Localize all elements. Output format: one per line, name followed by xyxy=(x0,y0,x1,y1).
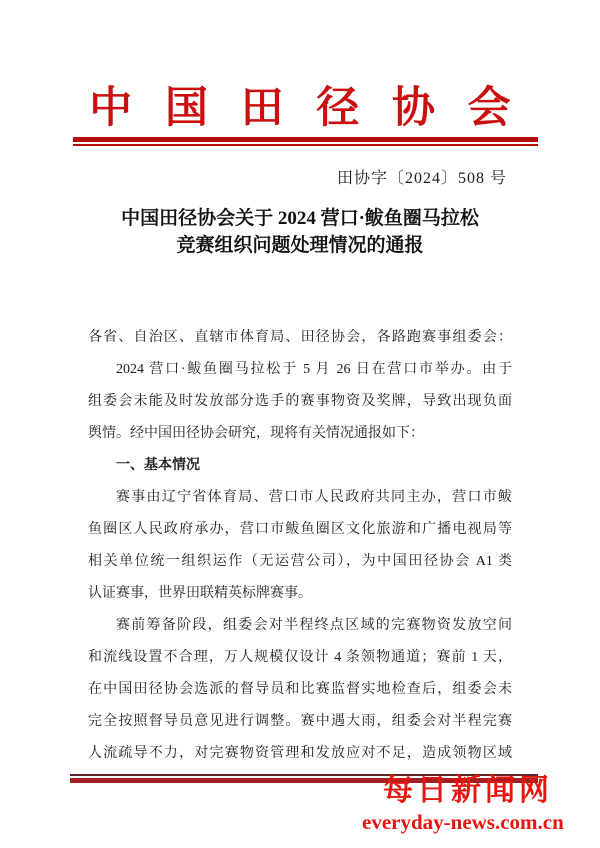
document-line: 认证赛事，世界田联精英标牌赛事。 xyxy=(88,578,512,610)
document-line: 在中国田径协会选派的督导员和比赛监督实地检查后，组委会未 xyxy=(88,674,512,706)
notice-title-line1: 中国田径协会关于 2024 营口·鲅鱼圈马拉松 xyxy=(0,205,600,232)
doc-number: 田协字〔2024〕508 号 xyxy=(337,165,507,188)
document-line: 舆情。经中国田径协会研究，现将有关情况通报如下： xyxy=(88,418,512,450)
watermark-site-name: 每日新闻网 xyxy=(383,776,553,806)
document-body: 各省、自治区、直辖市体育局、田径协会，各路跑赛事组委会： 2024 营口·鲅鱼圈… xyxy=(88,322,512,770)
document-line: 完全按照督导员意见进行调整。赛中遇大雨，组委会对半程完赛 xyxy=(88,706,512,738)
notice-title-line2: 竞赛组织问题处理情况的通报 xyxy=(0,232,600,259)
document-line: 相关单位统一组织运作（无运营公司），为中国田径协会 A1 类 xyxy=(88,546,512,578)
document-line: 赛前筹备阶段，组委会对半程终点区域的完赛物资发放空间 xyxy=(88,610,512,642)
document-line: 2024 营口·鲅鱼圈马拉松于 5 月 26 日在营口市举办。由于 xyxy=(88,354,512,386)
document-line: 和流线设置不合理，万人规模仅设计 4 条领物通道；赛前 1 天， xyxy=(88,642,512,674)
watermark-site-url: everyday-news.com.cn xyxy=(362,809,564,835)
letterhead-rule xyxy=(73,137,538,146)
document-line: 赛事由辽宁省体育局、营口市人民政府共同主办，营口市鲅 xyxy=(88,482,512,514)
document-line: 人流疏导不力，对完赛物资管理和发放应对不足，造成领物区域 xyxy=(88,738,512,770)
document-line: 组委会未能及时发放部分选手的赛事物资及奖牌，导致出现负面 xyxy=(88,386,512,418)
org-name: 中国田径协会 xyxy=(0,74,600,135)
notice-title: 中国田径协会关于 2024 营口·鲅鱼圈马拉松 竞赛组织问题处理情况的通报 xyxy=(0,205,600,259)
salutation-line: 各省、自治区、直辖市体育局、田径协会，各路跑赛事组委会： xyxy=(88,322,512,354)
section-heading: 一、基本情况 xyxy=(88,450,512,482)
document-page: 中国田径协会 田协字〔2024〕508 号 中国田径协会关于 2024 营口·鲅… xyxy=(0,0,600,848)
document-line: 鱼圈区人民政府承办，营口市鲅鱼圈区文化旅游和广播电视局等 xyxy=(88,514,512,546)
